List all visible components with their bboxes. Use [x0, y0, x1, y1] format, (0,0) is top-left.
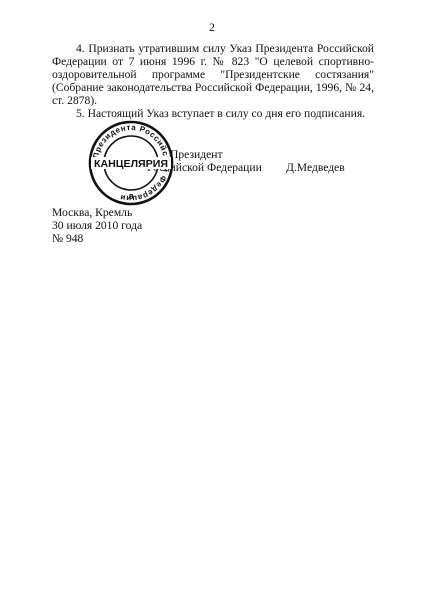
- signatory-title-line-1: Президент: [170, 148, 223, 161]
- stamp-center-text: КАНЦЕЛЯРИЯ: [94, 158, 168, 170]
- decree-number: № 948: [52, 232, 142, 245]
- signing-date: 30 июля 2010 года: [52, 219, 142, 232]
- stamp-number: 5: [129, 192, 133, 201]
- signing-place: Москва, Кремль: [52, 206, 142, 219]
- official-stamp-icon: Президента Российской Федерации КАНЦЕЛЯР…: [88, 120, 174, 206]
- place-and-date: Москва, Кремль 30 июля 2010 года № 948: [52, 206, 142, 245]
- signatory-name: Д.Медведев: [286, 161, 345, 174]
